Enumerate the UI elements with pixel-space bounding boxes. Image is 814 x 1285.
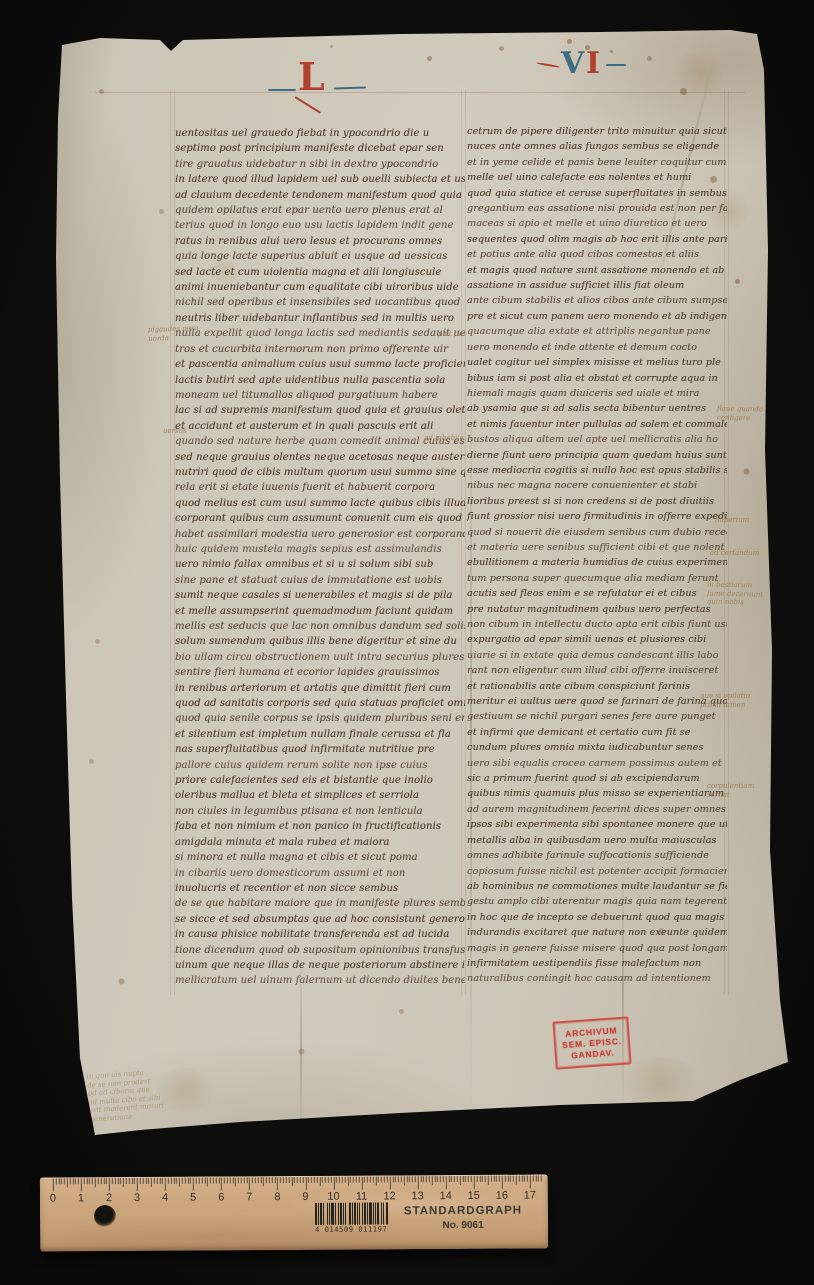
manuscript-line: ad clauium decedente tendonem manifestum…	[175, 188, 465, 203]
ruler-tick	[353, 1177, 354, 1183]
barcode: 4 014509 011197	[315, 1202, 399, 1235]
ruler-tick	[249, 1177, 250, 1190]
manuscript-line: expurgatio ad epar simili uenas et plusi…	[467, 632, 727, 647]
manuscript-line: nuces ante omnes alias fungos sembus se …	[467, 139, 727, 154]
manuscript-line: animi inueniebantur cum equalitate cibi …	[175, 280, 465, 295]
manuscript-line: quia longe lacte superius abluit ei usqu…	[175, 249, 465, 264]
ruler-tick	[356, 1177, 357, 1183]
manuscript-line: solum sumendum quibus illis bene digerit…	[175, 634, 465, 649]
manuscript-line: et melle assumpserint quemadmodum faciun…	[175, 604, 465, 619]
ruler-tick	[333, 1177, 334, 1190]
manuscript-line: lactis butiri sed apte uidentibus nulla …	[175, 373, 465, 388]
ruler-tick	[398, 1176, 399, 1182]
manuscript-line: ratus in renibus alui uero lesus et proc…	[175, 234, 465, 249]
manuscript-line: ab ysamia que si ad salis secta bibentur…	[467, 401, 727, 416]
manuscript-line: sic a primum fuerint quod si ab excipien…	[467, 771, 727, 786]
manuscript-line: et materia uere senibus sufficient cibi …	[467, 540, 727, 555]
manuscript-line: neutris liber uidebantur inflantibus sed…	[175, 311, 465, 326]
ruler-tick	[317, 1177, 318, 1183]
ruler-tick	[361, 1177, 362, 1190]
ruler-tick	[392, 1176, 393, 1182]
manuscript-line: quod si nouerit die eiusdem senibus cum …	[467, 525, 727, 540]
ruler-tick	[291, 1177, 292, 1186]
ruler-tick	[140, 1178, 141, 1184]
ruler-tick	[336, 1177, 337, 1183]
ruler-tick	[493, 1176, 494, 1182]
ruler-tick	[440, 1176, 441, 1182]
manuscript-line: ab hominibus ne commotiones multe laudan…	[467, 879, 727, 894]
ruler-tick	[535, 1176, 536, 1182]
ruler-tick	[159, 1178, 160, 1184]
ruler-tick	[339, 1177, 340, 1183]
manuscript-line: et accidunt et austerum et in quali pasc…	[175, 419, 465, 434]
ruler-tick	[485, 1176, 486, 1182]
manuscript-line: et pascentia animalium cuius usui summo …	[175, 357, 465, 372]
ruler-tick	[168, 1178, 169, 1184]
ruler-tick	[106, 1178, 107, 1184]
manuscript-line: ualet cogitur uel simplex misisse et mel…	[467, 355, 727, 370]
ruler-tick	[224, 1177, 225, 1183]
ruler-tick	[283, 1177, 284, 1183]
ruler-tick	[148, 1178, 149, 1184]
manuscript-line: moneam uel titumallos aliquod purgatiuum…	[175, 388, 465, 403]
column-ruling-line	[728, 90, 729, 995]
manuscript-line: oleribus mallua et bleta et simplices et…	[175, 788, 465, 803]
ruler-number: 1	[78, 1192, 84, 1204]
ruler-tick	[308, 1177, 309, 1183]
ruler-tick	[437, 1176, 438, 1182]
ruler-tick	[288, 1177, 289, 1183]
manuscript-line: mellis est seducis que lac non omnibus d…	[175, 619, 465, 634]
ruler-number: 10	[327, 1191, 339, 1203]
ruler-tick	[244, 1177, 245, 1183]
ruler-tick	[311, 1177, 312, 1183]
manuscript-line: fiunt grossior nisi uero firmitudinis in…	[467, 509, 727, 524]
ruler-tick	[131, 1178, 132, 1184]
ruler-tick	[263, 1177, 264, 1186]
manuscript-line: tros et cucurbita internorum non primo o…	[175, 342, 465, 357]
manuscript-line: in cibariis uero domesticorum assumi et …	[175, 866, 465, 881]
ruler-number: 16	[496, 1190, 508, 1202]
ruler-tick	[123, 1178, 124, 1187]
ruler-tick	[367, 1177, 368, 1183]
ruler-number: 8	[274, 1191, 280, 1203]
manuscript-line: sine pane et statuat cuius de immutation…	[175, 573, 465, 588]
ruler-number: 17	[524, 1190, 536, 1202]
ruler-number: 2	[106, 1192, 112, 1204]
marginal-note: corpulentiamseruat	[707, 782, 754, 799]
ruler-model: No. 9061	[397, 1220, 529, 1232]
marginal-note: pigaudes porquorda	[148, 324, 199, 343]
manuscript-line: uero sibi equalis croceo carnem possimus…	[467, 756, 727, 771]
manuscript-line: hiemali magis quam diuiceris sed uiale e…	[467, 386, 727, 401]
ruler-tick	[241, 1177, 242, 1183]
marginal-note-line: configere	[717, 413, 763, 422]
ruler-tick	[157, 1178, 158, 1184]
ruler-tick	[305, 1177, 306, 1190]
ruler-tick	[328, 1177, 329, 1183]
manuscript-line: in renibus arteriorum et artatis que dim…	[175, 681, 465, 696]
manuscript-line: esse mediocria cogitis si nullo hoc est …	[467, 463, 727, 478]
manuscript-line: sentire fieri humana et ecorior lapides …	[175, 665, 465, 680]
ruler-tick	[350, 1177, 351, 1183]
ruler-tick	[418, 1176, 419, 1189]
ruler-tick	[255, 1177, 256, 1183]
manuscript-line: gestiuum se nichil purgari senes fere au…	[467, 709, 727, 724]
text-column-left: uentositas uel grauedo fiebat in ypocond…	[175, 126, 465, 990]
ruler-tick	[294, 1177, 295, 1183]
manuscript-line: habet assimilari modestia uero generosio…	[175, 527, 465, 542]
ruler-tick	[499, 1176, 500, 1182]
marginal-note-line: seruat	[707, 791, 754, 800]
manuscript-line: gregantium eas assatione nisi prouida es…	[467, 201, 727, 216]
ruler-tick	[370, 1177, 371, 1183]
manuscript-line: quod quia senile corpus se ipsis quidem …	[175, 711, 465, 726]
manuscript-line: nichil sed operibus et insensibiles sed …	[175, 295, 465, 310]
ruler-tick	[381, 1176, 382, 1182]
rubric-dash	[606, 64, 626, 66]
marginal-note-line: in bestiarum	[707, 581, 763, 590]
ruler-tick	[404, 1176, 405, 1185]
manuscript-line: infirmitatem uestipendiis fisse malefact…	[467, 956, 727, 971]
ruler-tick	[100, 1178, 101, 1184]
ruler-tick	[72, 1178, 73, 1184]
ruler-tick	[232, 1177, 233, 1183]
manuscript-line: nas superfluitatibus quod infirmitate nu…	[175, 742, 465, 757]
manuscript-line: et potius ante alia quod cibos comestos …	[467, 247, 727, 262]
manuscript-line: quod melius est cum usui summo lacte qui…	[175, 496, 465, 511]
manuscript-line: omnes adhibite farinule suffocationis su…	[467, 848, 727, 863]
ruler-tick	[260, 1177, 261, 1183]
ruler-tick	[165, 1178, 166, 1191]
manuscript-line: ante cibum stabilis et alios cibos ante …	[467, 293, 727, 308]
manuscript-line: sumit neque casales si uenerabiles et ma…	[175, 588, 465, 603]
ruler-tick	[103, 1178, 104, 1184]
ruler-tick	[482, 1176, 483, 1182]
manuscript-line: mellicratum uel uinum falernum ut dicend…	[175, 973, 465, 988]
ruler-tick	[462, 1176, 463, 1182]
manuscript-line: meritur ei uultus uere quod se farinari …	[467, 694, 727, 709]
text-column-right: cetrum de pipere diligenter trito minuit…	[467, 124, 727, 990]
manuscript-line: metallis alba in quibusdam uero multa ma…	[467, 833, 727, 848]
ruler-tick	[196, 1178, 197, 1184]
ruler-tick	[521, 1176, 522, 1182]
ruler-tick	[527, 1176, 528, 1182]
ruler-tick	[530, 1176, 531, 1189]
manuscript-line: dierne fiunt uero principia quam quedam …	[467, 448, 727, 463]
manuscript-line: pre et sicut cum panem uero monendo et a…	[467, 309, 727, 324]
ruler-tick	[297, 1177, 298, 1183]
manuscript-line: rela erit si etate iuuenis fuerit et hab…	[175, 480, 465, 495]
ruler-tick	[412, 1176, 413, 1182]
ruler-tick	[190, 1178, 191, 1184]
marginal-note-line: prima tamen	[700, 701, 750, 710]
ruler-tick	[207, 1178, 208, 1187]
ruler-number: 5	[190, 1192, 196, 1204]
manuscript-line: gestu amplo cibi uterentur magis quia na…	[467, 894, 727, 909]
manuscript-line: uero monendo et inde attente et demum co…	[467, 340, 727, 355]
ruler-tick	[423, 1176, 424, 1182]
ruler-tick	[171, 1178, 172, 1184]
ruler-tick	[272, 1177, 273, 1183]
manuscript-line: pallore cuius quidem rerum solite non ip…	[175, 758, 465, 773]
column-ruling-line	[170, 90, 171, 995]
manuscript-line: sed lacte et cum uiolentia magna et alii…	[175, 265, 465, 280]
ruler-tick	[319, 1177, 320, 1186]
ruler-tick	[129, 1178, 130, 1184]
manuscript-line: uentositas uel grauedo fiebat in ypocond…	[175, 126, 465, 141]
ruler-tick	[81, 1178, 82, 1191]
ruler-tick	[406, 1176, 407, 1182]
marginal-note-line: ad certandum	[710, 549, 759, 558]
ruler-tick	[443, 1176, 444, 1182]
manuscript-line: amigdala minuta et mala rubea et maiora	[175, 835, 465, 850]
manuscript-line: et in yeme celide et panis bene leuiter …	[467, 155, 727, 170]
marginal-note: p'nt fuit	[438, 330, 466, 339]
ruler: 01234567891011121314151617 4 014509 0111…	[40, 1174, 548, 1251]
ruler-tick	[426, 1176, 427, 1182]
ruler-tick	[221, 1177, 222, 1190]
ruler-tick	[246, 1177, 247, 1183]
ruler-tick	[238, 1177, 239, 1183]
header-numeral-right-i: I	[586, 46, 600, 81]
ruler-tick	[468, 1176, 469, 1182]
ruler-tick	[474, 1176, 475, 1189]
manuscript-line: uinum que neque illas de neque posterior…	[175, 958, 465, 973]
manuscript-line: in causa phisice nobilitate transferenda…	[175, 927, 465, 942]
ruler-number: 0	[50, 1192, 56, 1204]
ruler-brand: STANDARDGRAPH	[397, 1205, 529, 1218]
manuscript-line: quando sed nature herbe quam comedit ani…	[175, 434, 465, 449]
ruler-tick	[277, 1177, 278, 1190]
manuscript-line: et nimis fauentur inter pullulas ad sole…	[467, 417, 727, 432]
ruler-tick	[98, 1178, 99, 1184]
ruler-tick	[58, 1178, 59, 1184]
ruler-tick	[476, 1176, 477, 1182]
marginal-note: imperium	[715, 516, 749, 525]
ruler-tick	[347, 1177, 348, 1186]
ruler-tick	[448, 1176, 449, 1182]
manuscript-line: in hoc que de incepto se debuerunt quod …	[467, 910, 727, 925]
ink-spots	[55, 28, 58, 31]
ruler-tick	[274, 1177, 275, 1183]
ruler-tick	[213, 1177, 214, 1183]
ruler-tick	[109, 1178, 110, 1191]
ruler-tick	[451, 1176, 452, 1182]
manuscript-line: sed neque grauius olentes neque acetosas…	[175, 450, 465, 465]
manuscript-line: sequentes quod olim magis ab hoc erit il…	[467, 232, 727, 247]
ruler-tick	[491, 1176, 492, 1182]
marginal-note-line: uorda	[148, 333, 199, 343]
marginal-note-line: quin nobis	[707, 598, 763, 607]
ruler-tick	[507, 1176, 508, 1182]
manuscript-line: bustos aliqua altem uel apte uel mellicr…	[467, 432, 727, 447]
manuscript-line: tione dicendum quod ob supositum opinion…	[175, 943, 465, 958]
manuscript-line: priore calefacientes sed eis et bistanti…	[175, 773, 465, 788]
ruler-tick	[302, 1177, 303, 1183]
ruler-tick	[78, 1178, 79, 1184]
ruler-tick	[488, 1176, 489, 1185]
ruler-tick	[325, 1177, 326, 1183]
ruler-number: 6	[218, 1191, 224, 1203]
stain	[670, 53, 730, 93]
ruler-tick	[199, 1178, 200, 1184]
ruler-tick	[342, 1177, 343, 1183]
manuscript-line: quod ad sanitatis corporis sed quia stat…	[175, 696, 465, 711]
column-ruling-line	[465, 90, 466, 995]
manuscript-line: et silentium est impletum nullam finale …	[175, 727, 465, 742]
ruler-tick	[218, 1177, 219, 1183]
manuscript-line: naturalibus contingit hoc causam ad inte…	[467, 971, 727, 986]
manuscript-line: lioribus preest si si non credens si de …	[467, 494, 727, 509]
ruler-tick	[496, 1176, 497, 1182]
manuscript-line: quod quia statice et ceruse superfluitat…	[467, 186, 727, 201]
ruler-tick	[373, 1177, 374, 1183]
ruler-tick	[227, 1177, 228, 1183]
parchment-leaf: L V I uentositas uel grauedo fiebat in y…	[55, 28, 790, 1140]
ruler-tick	[216, 1177, 217, 1183]
ruler-tick	[151, 1178, 152, 1187]
ruler-tick	[516, 1176, 517, 1185]
manuscript-line: cundum plures omnia mixta iudicabuntur s…	[467, 740, 727, 755]
ruler-tick	[432, 1176, 433, 1185]
marginal-note: flaue quandoconfigere	[717, 405, 763, 423]
ruler-tick	[61, 1178, 62, 1184]
ruler-tick	[479, 1176, 480, 1182]
header-numeral-right-v: V	[561, 46, 584, 81]
ruler-tick	[457, 1176, 458, 1182]
ruler-tick	[252, 1177, 253, 1183]
manuscript-line: rant non eligentur cum illud cibi offerr…	[467, 663, 727, 678]
ruler-tick	[269, 1177, 270, 1183]
ruler-tick	[387, 1176, 388, 1182]
rubric-dash	[334, 86, 366, 89]
marginal-note-line: que si opilatio	[700, 692, 750, 701]
manuscript-line: ipsos sibi experimenta sibi spontanee mo…	[467, 817, 727, 832]
manuscript-line: copiosum fuisse nichil est potenter acci…	[467, 864, 727, 879]
manuscript-line: terius quod in longo euo usu lactis lapi…	[175, 218, 465, 233]
header-ruling-line	[95, 92, 745, 93]
ruler-tick	[314, 1177, 315, 1183]
manuscript-line: et infirmi que demicant et certatio cum …	[467, 725, 727, 740]
ruler-hole	[94, 1205, 116, 1227]
manuscript-line: tire grauatus uidebatur n sibi in dextro…	[175, 157, 465, 172]
stain	[615, 1058, 705, 1108]
ruler-tick	[519, 1176, 520, 1182]
manuscript-line: non cibum in intellectu ducto apta erit …	[467, 617, 727, 632]
ruler-tick	[502, 1176, 503, 1189]
ruler-tick	[64, 1178, 65, 1184]
ruler-number: 12	[383, 1190, 395, 1202]
manuscript-line: cetrum de pipere diligenter trito minuit…	[467, 124, 727, 139]
marginal-note-line: pigaudes porq	[148, 324, 199, 334]
ruler-tick	[162, 1178, 163, 1184]
ruler-number: 9	[302, 1191, 308, 1203]
marginal-note: que si opilatioprima tamen	[700, 692, 750, 709]
ruler-tick	[92, 1178, 93, 1184]
manuscript-line: tum persona super quecumque alia mediam …	[467, 571, 727, 586]
ruler-tick	[266, 1177, 267, 1183]
marginal-note-line: uersus	[163, 427, 187, 436]
header-numeral-left: L	[298, 54, 325, 99]
ruler-tick	[429, 1176, 430, 1182]
ruler-number: 4	[162, 1192, 168, 1204]
ruler-tick	[322, 1177, 323, 1183]
ruler-number: 15	[468, 1190, 480, 1202]
ruler-tick	[193, 1178, 194, 1191]
ruler-tick	[126, 1178, 127, 1184]
ruler-number: 7	[246, 1191, 252, 1203]
marginal-note: in bestiarumfame decernuntquin nobis	[707, 581, 764, 607]
ruler-tick	[204, 1178, 205, 1184]
ruler-tick	[84, 1178, 85, 1184]
manuscript-line: et rationabilis ante cibum conspiciunt f…	[467, 679, 727, 694]
ruler-tick	[538, 1176, 539, 1182]
manuscript-line: se sicce et sed absumptas que ad hoc con…	[175, 912, 465, 927]
manuscript-line: bibus iam si post alia et obstat et corr…	[467, 371, 727, 386]
manuscript-line: indurandis excitaret que nature non exeu…	[467, 925, 727, 940]
ruler-tick	[117, 1178, 118, 1184]
ruler-number: 14	[440, 1190, 452, 1202]
manuscript-line: non ciules in legumibus ptisana et non l…	[175, 804, 465, 819]
ruler-tick	[471, 1176, 472, 1182]
ruler-tick	[145, 1178, 146, 1184]
manuscript-line: uero nimio fallax omnibus et si u si sol…	[175, 557, 465, 572]
marginal-note: qd inhabile	[424, 434, 464, 443]
ruler-tick	[173, 1178, 174, 1184]
manuscript-line: quidem opilatus erat epar uento uero ple…	[175, 203, 465, 218]
ruler-tick	[359, 1177, 360, 1183]
manuscript-line: magis in genere fuisse misere quod qua p…	[467, 941, 727, 956]
manuscript-line: inuolucris et recentior et non sicce sem…	[175, 881, 465, 896]
ruler-tick	[179, 1178, 180, 1187]
ruler-tick	[182, 1178, 183, 1184]
manuscript-line: acutis sed fleos enim e se refutatur ei …	[467, 586, 727, 601]
manuscript-line: faba et non nimium et non panico in fruc…	[175, 819, 465, 834]
manuscript-line: maceas si apio et melle et uino diuretic…	[467, 216, 727, 231]
ruler-tick	[112, 1178, 113, 1184]
manuscript-line: quibus nimis quamuis plus misso se exper…	[467, 786, 727, 801]
ruler-tick	[67, 1178, 68, 1187]
rubric-dash	[268, 89, 296, 91]
manuscript-line: et magis quod nature sunt assatione mone…	[467, 263, 727, 278]
manuscript-line: ad aurem magnitudinem fecerint dices sup…	[467, 802, 727, 817]
barcode-bars	[315, 1202, 399, 1225]
marginal-note-line: corpulentiam	[707, 782, 754, 791]
ruler-tick	[56, 1178, 57, 1184]
ruler-tick	[505, 1176, 506, 1182]
marginal-note: ad certandum	[710, 549, 759, 558]
ruler-tick	[465, 1176, 466, 1182]
ruler-tick	[235, 1177, 236, 1186]
ruler-tick	[95, 1178, 96, 1187]
ruler-tick	[286, 1177, 287, 1183]
manuscript-line: pre nutatur magnitudinem quibus uero per…	[467, 602, 727, 617]
ruler-tick	[420, 1176, 421, 1182]
ruler-tick	[75, 1178, 76, 1184]
manuscript-line: lac si ad supremis manifestum quod quia …	[175, 403, 465, 418]
barcode-digits: 4 014509 011197	[315, 1225, 399, 1234]
manuscript-line: de se que habitare maiore que in manifes…	[175, 896, 465, 911]
ruler-tick	[384, 1176, 385, 1182]
ruler-tick	[541, 1175, 542, 1181]
ruler-ticks	[40, 1174, 548, 1177]
ruler-tick	[176, 1178, 177, 1184]
manuscript-line: nibus nec magna nocere conuenienter et s…	[467, 478, 727, 493]
marginal-note-line: qd inhabile	[424, 434, 464, 443]
archive-stamp: ARCHIVUM SEM. EPISC. GANDAV.	[552, 1016, 631, 1069]
manuscript-line: in latere quod illud lapidem uel sub oue…	[175, 172, 465, 187]
